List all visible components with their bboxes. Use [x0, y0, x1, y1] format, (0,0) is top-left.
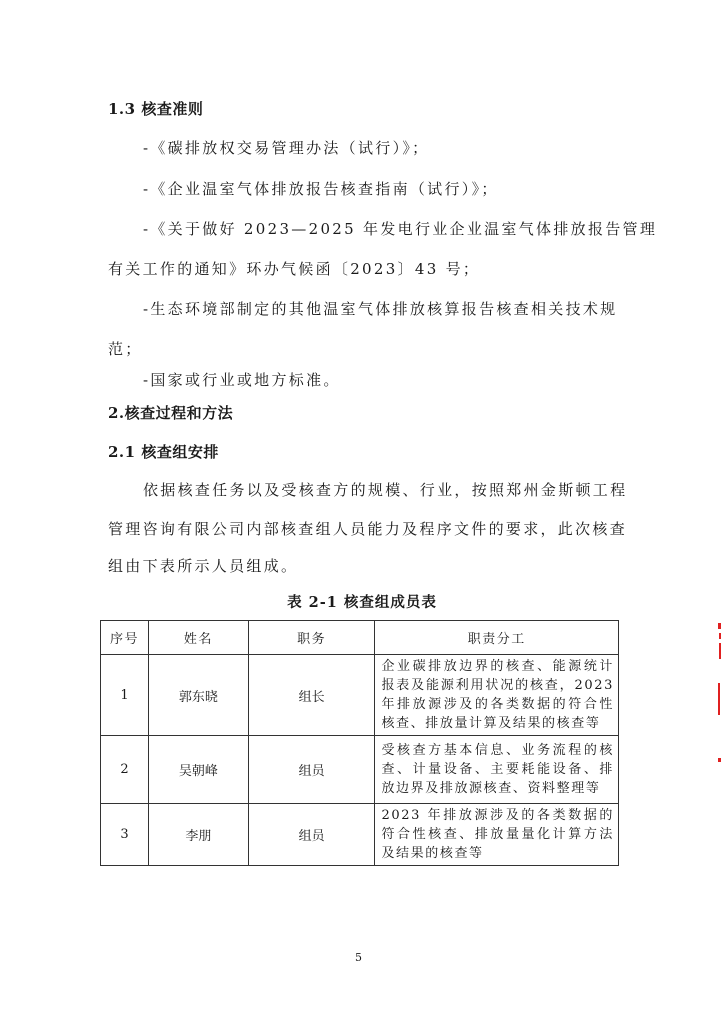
header-no: 序号: [101, 621, 149, 655]
document-page: 1.3 核查准则 -《碳排放权交易管理办法（试行）》； -《企业温室气体排放报告…: [0, 0, 724, 1024]
cell-no: 3: [101, 804, 149, 866]
cell-no: 1: [101, 655, 149, 736]
cell-role: 组员: [248, 804, 375, 866]
table-header-row: 序号 姓名 职务 职责分工: [101, 621, 619, 655]
edge-mark: [719, 643, 721, 659]
paragraph-line: 组由下表所示人员组成。: [108, 555, 298, 576]
heading-1-3: 1.3 核查准则: [108, 98, 203, 119]
criteria-item-continued: 范；: [108, 338, 143, 359]
cell-name: 李朋: [148, 804, 248, 866]
paragraph-line: 管理咨询有限公司内部核查组人员能力及程序文件的要求，此次核查: [108, 518, 627, 539]
table-row: 1 郭东晓 组长 企业碳排放边界的核查、能源统计报表及能源利用状况的核查，202…: [101, 655, 619, 736]
heading-2-1: 2.1 核查组安排: [108, 441, 219, 462]
criteria-item: -《企业温室气体排放报告核查指南（试行）》；: [143, 178, 499, 199]
cell-name: 郭东晓: [148, 655, 248, 736]
cell-role: 组员: [248, 736, 375, 804]
criteria-item: -生态环境部制定的其他温室气体排放核算报告核查相关技术规: [143, 298, 617, 319]
edge-mark: [718, 758, 721, 762]
heading-2: 2.核查过程和方法: [108, 402, 233, 423]
cell-duty: 受核查方基本信息、业务流程的核查、计量设备、主要耗能设备、排放边界及排放源核查、…: [375, 736, 619, 804]
criteria-item: -《关于做好 2023—2025 年发电行业企业温室气体排放报告管理: [143, 218, 657, 239]
paragraph-line: 依据核查任务以及受核查方的规模、行业，按照郑州金斯顿工程: [143, 479, 627, 500]
table-row: 2 吴朝峰 组员 受核查方基本信息、业务流程的核查、计量设备、主要耗能设备、排放…: [101, 736, 619, 804]
cell-duty: 2023 年排放源涉及的各类数据的符合性核查、排放量量化计算方法及结果的核查等: [375, 804, 619, 866]
criteria-item: -《碳排放权交易管理办法（试行）》；: [143, 137, 429, 158]
page-number: 5: [355, 951, 362, 964]
cell-role: 组长: [248, 655, 375, 736]
table-row: 3 李朋 组员 2023 年排放源涉及的各类数据的符合性核查、排放量量化计算方法…: [101, 804, 619, 866]
edge-mark: [718, 623, 721, 629]
header-name: 姓名: [148, 621, 248, 655]
cell-duty: 企业碳排放边界的核查、能源统计报表及能源利用状况的核查，2023 年排放源涉及的…: [375, 655, 619, 736]
cell-name: 吴朝峰: [148, 736, 248, 804]
members-table: 序号 姓名 职务 职责分工 1 郭东晓 组长 企业碳排放边界的核查、能源统计报表…: [100, 620, 619, 866]
header-duty: 职责分工: [375, 621, 619, 655]
criteria-item: -国家或行业或地方标准。: [143, 369, 341, 390]
edge-mark: [719, 633, 721, 639]
criteria-item-continued: 有关工作的通知》环办气候函〔2023〕43 号；: [108, 258, 480, 279]
table-caption: 表 2-1 核查组成员表: [0, 591, 724, 612]
header-role: 职务: [248, 621, 375, 655]
cell-no: 2: [101, 736, 149, 804]
edge-mark: [718, 683, 720, 715]
